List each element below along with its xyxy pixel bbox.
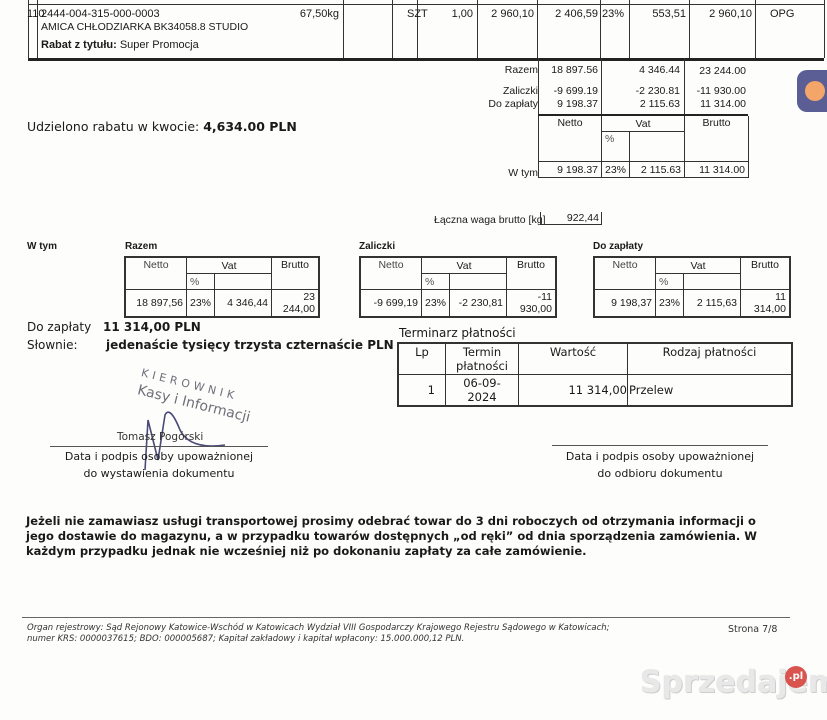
issuer-caption-2: do wystawienia dokumentu <box>50 467 268 480</box>
header-percent: % <box>602 132 630 162</box>
watermark-badge: .pl <box>785 666 807 688</box>
discount-label: Udzielono rabatu w kwocie: <box>27 119 199 134</box>
item-code: 2444-004-315-000-0003 <box>41 8 160 20</box>
payment-words: jedenaście tysięcy trzysta czternaście P… <box>106 338 394 352</box>
summary-brutto-razem: 23 244.00 <box>686 65 746 77</box>
summary-label-do-zaplaty: Do zapłaty <box>458 98 538 110</box>
summary-netto-zaliczki: -9 699.19 <box>540 85 598 97</box>
summary-label-zaliczki: Zaliczki <box>458 85 538 97</box>
schedule-header-term: Termin płatności <box>446 343 519 375</box>
summary-brutto-do-zaplaty: 11 314.00 <box>686 98 746 110</box>
pickup-notice: Jeżeli nie zamawiasz usługi transportowe… <box>26 514 806 559</box>
summary-vat-do-zaplaty: 2 115.63 <box>610 98 680 110</box>
summary-netto-do-zaplaty: 9 198.37 <box>540 98 598 110</box>
summary-brutto-zaliczki: -11 930.00 <box>686 85 746 97</box>
schedule-header-lp: Lp <box>398 343 446 375</box>
wtym-label: W tym <box>458 167 538 179</box>
item-vat: 553,51 <box>631 8 686 20</box>
wtym-vat: 2 115.63 <box>630 162 685 178</box>
issuer-name: Tomasz Pogórski <box>117 431 203 443</box>
discount-amount: 4,634.00 PLN <box>203 119 297 134</box>
receiver-caption-1: Data i podpis osoby upoważnionej <box>552 450 768 463</box>
schedule-row: 1 06-09-2024 11 314,00 Przelew <box>398 375 792 407</box>
schedule-header-method: Rodzaj płatności <box>628 343 793 375</box>
breakdown-title-razem: Razem <box>125 241 157 252</box>
weight-total-value: 922,44 <box>540 212 602 225</box>
breakdown-title-do-zaplaty: Do zapłaty <box>593 241 643 252</box>
discount-line: Udzielono rabatu w kwocie: 4,634.00 PLN <box>27 119 297 134</box>
breakdown-table-razem: NettoVatBrutto % 18 897,5623%4 346,4423 … <box>124 256 320 318</box>
summary-label-razem: Razem <box>458 64 538 76</box>
item-weight: 67,50kg <box>269 8 339 20</box>
discount-reason-value: Super Promocja <box>120 39 199 51</box>
footer-krs: numer KRS: 0000037615; BDO: 000005687; K… <box>27 634 464 644</box>
summary-vat-razem: 4 346.44 <box>610 64 680 76</box>
summary-vat-zaliczki: -2 230.81 <box>610 85 680 97</box>
page-number: Strona 7/8 <box>728 624 777 635</box>
header-netto: Netto <box>539 116 602 162</box>
breakdown-wtym-label: W tym <box>27 241 57 252</box>
payment-due-amount: 11 314,00 PLN <box>103 320 201 334</box>
item-name: AMICA CHŁODZIARKA BK34058.8 STUDIO <box>41 21 248 33</box>
weight-total-label: Łączna waga brutto [kg] <box>434 214 546 226</box>
item-unit-price: 2 960,10 <box>479 8 534 20</box>
header-vat: Vat <box>602 116 685 132</box>
issuer-caption-1: Data i podpis osoby upoważnionej <box>50 450 268 463</box>
payment-due-label: Do zapłaty <box>27 320 91 334</box>
breakdown-table-zaliczki: NettoVatBrutto % -9 699,1923%-2 230,81-1… <box>359 256 557 318</box>
summary-vat-breakdown: Netto Vat Brutto % 9 198.37 23% 2 115.63… <box>538 116 749 178</box>
summary-netto-razem: 18 897.56 <box>540 64 598 76</box>
payment-words-label: Słownie: <box>27 338 78 352</box>
app-launcher-icon[interactable] <box>797 70 827 112</box>
wtym-brutto: 11 314.00 <box>685 162 749 178</box>
item-brutto: 2 960,10 <box>691 8 752 20</box>
invoice-item-row: 110 2444-004-315-000-0003 AMICA CHŁODZIA… <box>28 0 824 61</box>
schedule-title: Terminarz płatności <box>399 326 516 340</box>
schedule-header-value: Wartość <box>519 343 628 375</box>
item-vat-rate: 23% <box>602 8 624 20</box>
item-qty: 1,00 <box>421 8 473 20</box>
receiver-caption-2: do odbioru dokumentu <box>552 467 768 480</box>
item-netto: 2 406,59 <box>539 8 598 20</box>
breakdown-table-do-zaplaty: NettoVatBrutto % 9 198,3723%2 115,6311 3… <box>593 256 791 318</box>
breakdown-title-zaliczki: Zaliczki <box>359 241 395 252</box>
header-brutto: Brutto <box>685 116 749 162</box>
discount-reason-label: Rabat z tytułu: <box>41 39 117 51</box>
item-type: OPG <box>770 8 794 20</box>
payment-schedule-table: Lp Termin płatności Wartość Rodzaj płatn… <box>397 342 793 407</box>
wtym-netto: 9 198.37 <box>539 162 602 178</box>
wtym-rate: 23% <box>602 162 630 178</box>
footer-registry: Organ rejestrowy: Sąd Rejonowy Katowice-… <box>27 623 610 633</box>
